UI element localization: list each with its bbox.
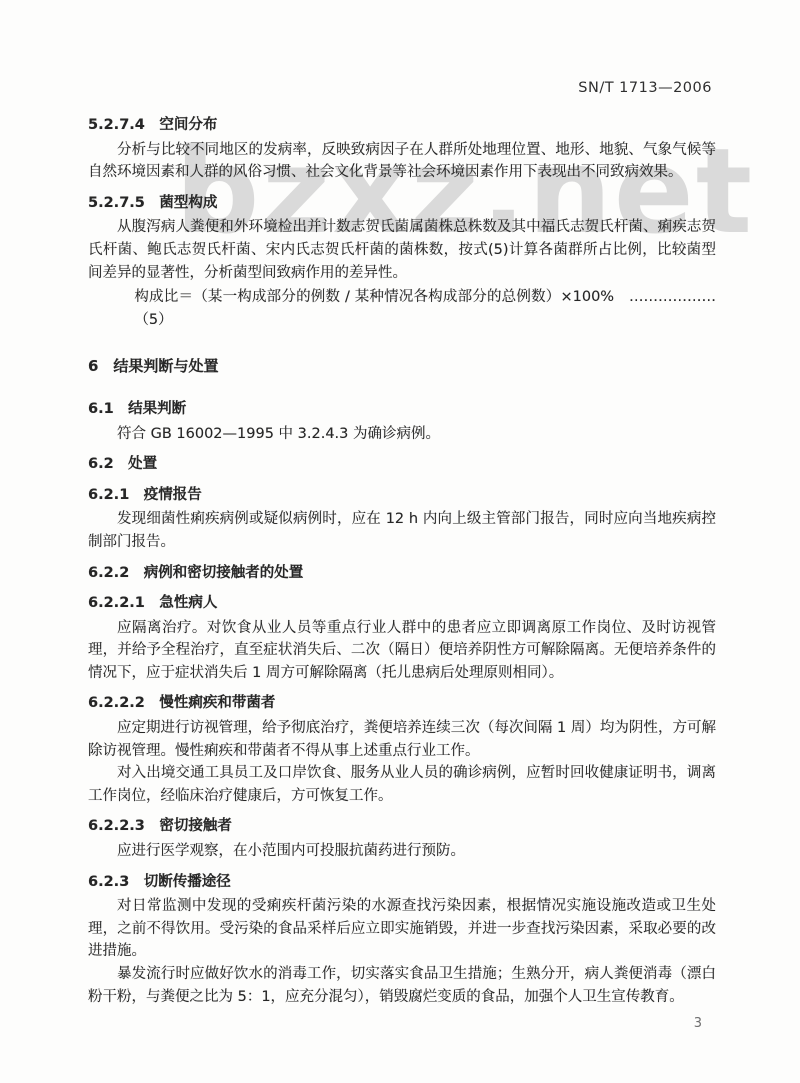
section-heading: 6.1 结果判断 bbox=[88, 398, 716, 421]
standard-number-header: SN/T 1713—2006 bbox=[578, 80, 712, 96]
paragraph: 发现细菌性痢疾病例或疑似病例时，应在 12 h 内向上级主管部门报告，同时应向当… bbox=[88, 508, 716, 553]
paragraph: 对入出境交通工具员工及口岸饮食、服务从业人员的确诊病例，应暂时回收健康证明书，调… bbox=[88, 762, 716, 807]
page-number: 3 bbox=[694, 1016, 702, 1031]
section-heading: 6.2.2 病例和密切接触者的处置 bbox=[88, 562, 716, 585]
section-heading: 6.2 处置 bbox=[88, 453, 716, 476]
paragraph: 符合 GB 16002—1995 中 3.2.4.3 为确诊病例。 bbox=[88, 423, 716, 446]
section-heading: 5.2.7.5 菌型构成 bbox=[88, 192, 716, 215]
paragraph: 对日常监测中发现的受痢疾杆菌污染的水源查找污染因素，根据情况实施设施改造或卫生处… bbox=[88, 895, 716, 963]
document-body: 5.2.7.4 空间分布 分析与比较不同地区的发病率，反映致病因子在人群所处地理… bbox=[88, 106, 716, 1008]
paragraph: 分析与比较不同地区的发病率，反映致病因子在人群所处地理位置、地形、地貌、气象气候… bbox=[88, 139, 716, 184]
paragraph: 从腹泻病人粪便和外环境检出并计数志贺氏菌属菌株总株数及其中福氏志贺氏杆菌、痢疾志… bbox=[88, 216, 716, 284]
document-page: bzxz.net SN/T 1713—2006 5.2.7.4 空间分布 分析与… bbox=[0, 0, 800, 1083]
section-heading: 5.2.7.4 空间分布 bbox=[88, 114, 716, 137]
section-heading: 6.2.3 切断传播途径 bbox=[88, 871, 716, 894]
section-heading: 6.2.2.1 急性病人 bbox=[88, 592, 716, 615]
paragraph: 应隔离治疗。对饮食从业人员等重点行业人群中的患者应立即调离原工作岗位、及时访视管… bbox=[88, 617, 716, 685]
section-heading: 6.2.2.2 慢性痢疾和带菌者 bbox=[88, 692, 716, 715]
paragraph: 应进行医学观察，在小范围内可投服抗菌药进行预防。 bbox=[88, 840, 716, 863]
paragraph: 应定期进行访视管理，给予彻底治疗，粪便培养连续三次（每次间隔 1 周）均为阴性，… bbox=[88, 717, 716, 762]
section-heading: 6.2.2.3 密切接触者 bbox=[88, 815, 716, 838]
chapter-heading: 6 结果判断与处置 bbox=[88, 355, 716, 378]
section-heading: 6.2.1 疫情报告 bbox=[88, 484, 716, 507]
paragraph: 暴发流行时应做好饮水的消毒工作，切实落实食品卫生措施；生熟分开，病人粪便消毒（漂… bbox=[88, 963, 716, 1008]
formula-line: 构成比＝（某一构成部分的例数 / 某种情况各构成部分的总例数）×100% ………… bbox=[88, 286, 716, 331]
